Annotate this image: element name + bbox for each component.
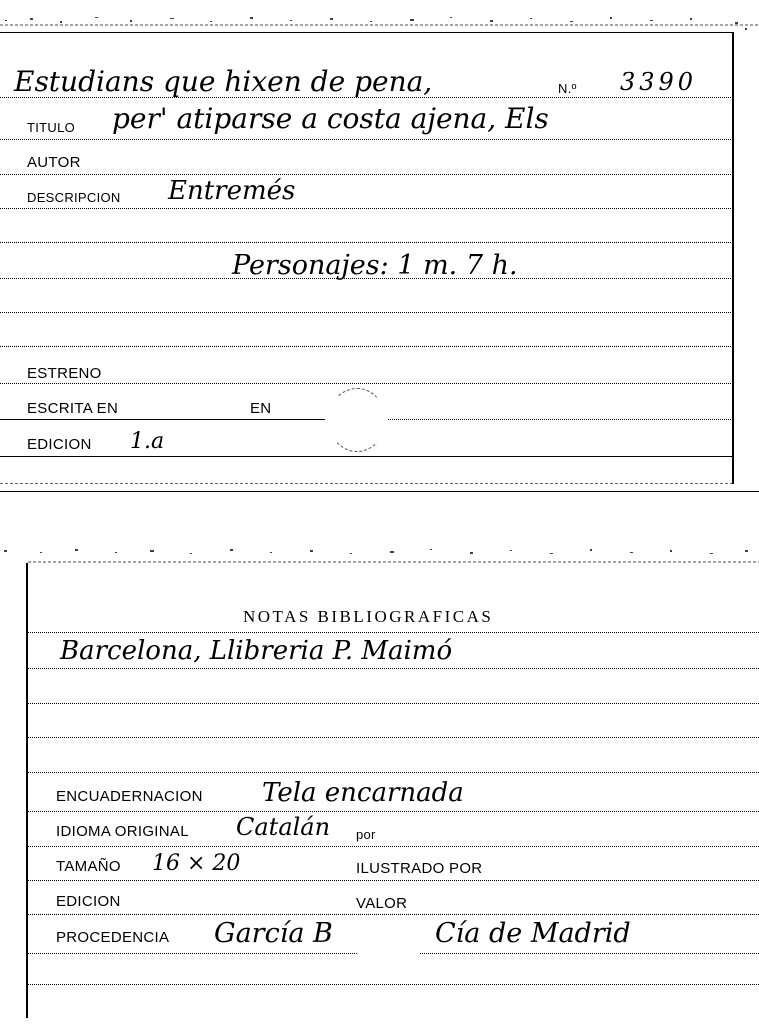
scan-noise-edge xyxy=(0,540,759,570)
tamano-value: 16 × 20 xyxy=(152,853,240,875)
tamano-label: TAMAÑO xyxy=(56,859,121,874)
rule xyxy=(27,880,759,881)
rule xyxy=(27,703,759,704)
procedencia-value-part-1: García B xyxy=(214,920,333,947)
rule xyxy=(27,846,759,847)
edicion-label-2: EDICION xyxy=(56,894,121,909)
rule xyxy=(27,953,357,954)
rule xyxy=(27,984,759,985)
ilustrado-por-label: ILUSTRADO POR xyxy=(356,861,482,876)
valor-label: VALOR xyxy=(356,896,407,911)
rule xyxy=(27,772,759,773)
notas-value: Barcelona, Llibreria P. Maimó xyxy=(60,638,452,664)
procedencia-value-part-2: Cía de Madrid xyxy=(435,920,631,947)
procedencia-label: PROCEDENCIA xyxy=(56,930,169,945)
por-label: por xyxy=(356,828,376,841)
idioma-original-value: Catalán xyxy=(236,815,330,839)
rule xyxy=(27,914,759,915)
encuadernacion-label: ENCUADERNACION xyxy=(56,789,203,804)
catalog-card-back: NOTAS BIBLIOGRAFICAS Barcelona, Llibreri… xyxy=(0,0,759,1028)
rule xyxy=(27,668,759,669)
rule xyxy=(27,737,759,738)
notas-bibliograficas-heading: NOTAS BIBLIOGRAFICAS xyxy=(243,607,493,627)
idioma-original-label: IDIOMA ORIGINAL xyxy=(56,824,189,839)
encuadernacion-value: Tela encarnada xyxy=(262,780,464,806)
rule xyxy=(27,811,759,812)
rule xyxy=(420,953,759,954)
rule xyxy=(27,632,759,633)
